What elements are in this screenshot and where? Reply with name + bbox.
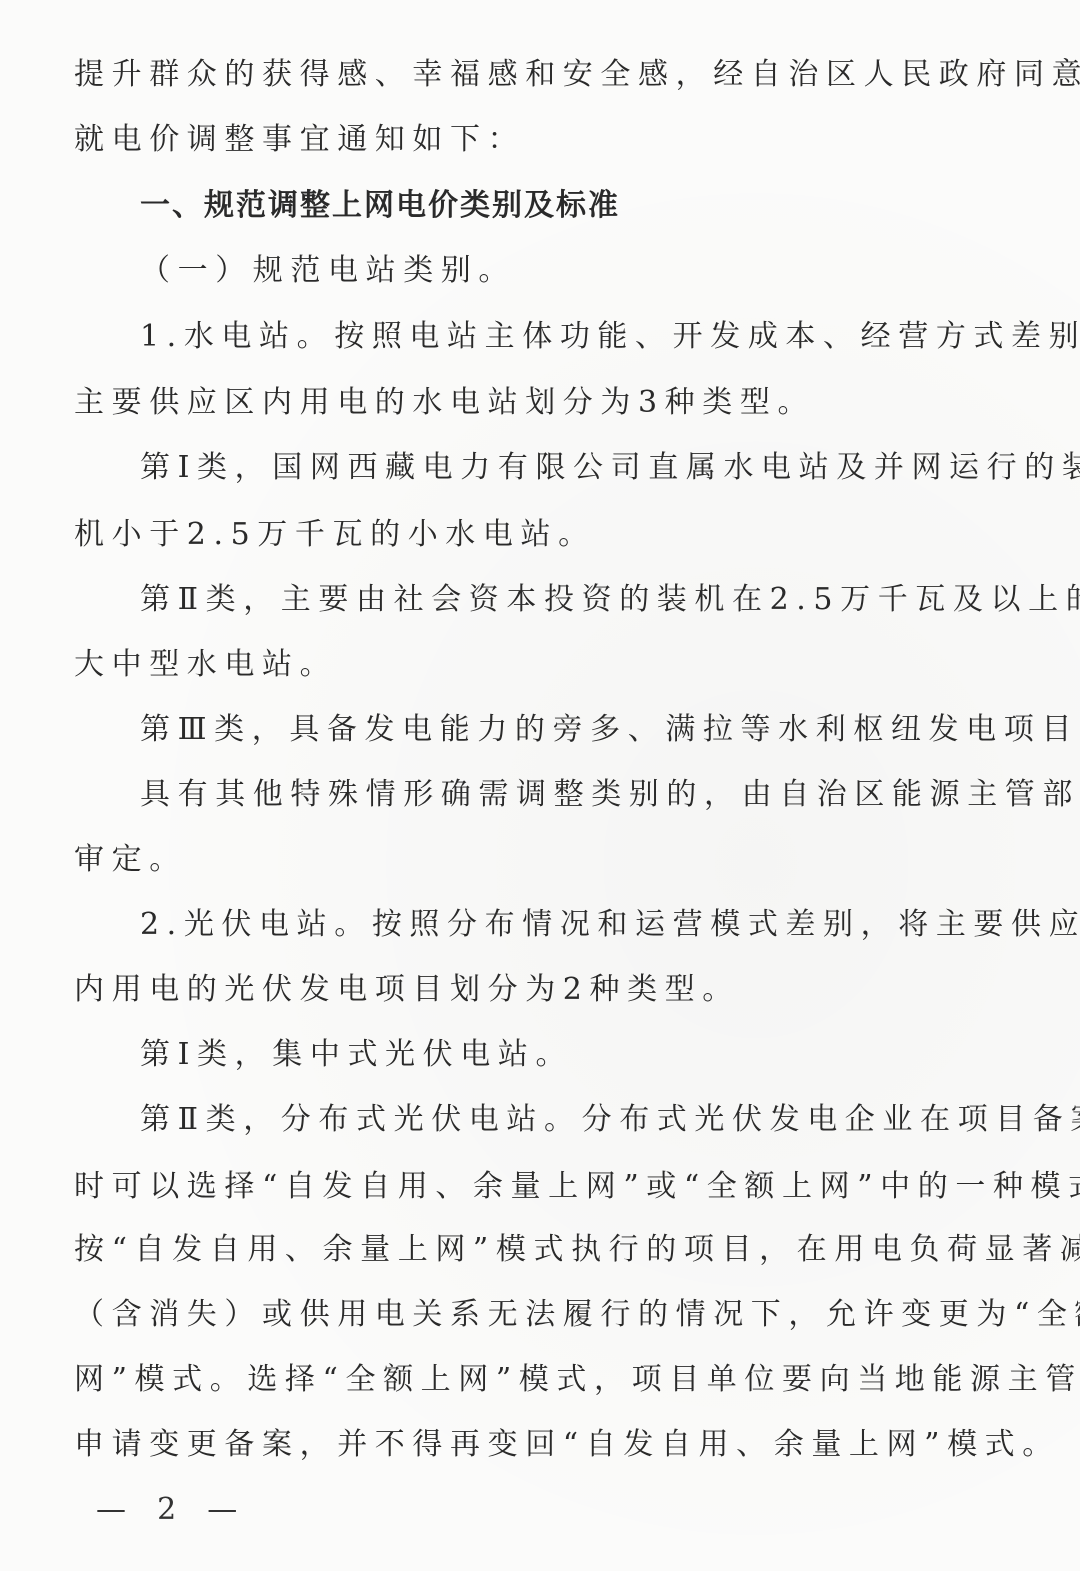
text-line: 第Ⅰ类，国网西藏电力有限公司直属水电站及并网运行的装 [140,443,1040,493]
text-line: 1.水电站。按照电站主体功能、开发成本、经营方式差别，将 [140,312,1040,362]
text-line: 就电价调整事宜通知如下： [74,115,1040,165]
text-line: （一）规范电站类别。 [140,246,1040,296]
text-line: 网”模式。选择“全额上网”模式，项目单位要向当地能源主管部门 [74,1355,1040,1405]
text-line: 具有其他特殊情形确需调整类别的，由自治区能源主管部门 [140,770,1040,820]
page-number: — 2 — [96,1490,241,1530]
text-line: 申请变更备案，并不得再变回“自发自用、余量上网”模式。 [74,1420,1040,1470]
text-line: 审定。 [74,835,1040,885]
text-line: 按“自发自用、余量上网”模式执行的项目，在用电负荷显著减少 [74,1225,1040,1275]
text-line: 机小于2.5万千瓦的小水电站。 [74,510,1040,560]
text-line: 主要供应区内用电的水电站划分为3种类型。 [74,378,1040,428]
text-line: 时可以选择“自发自用、余量上网”或“全额上网”中的一种模式；已 [74,1162,1040,1212]
document-page: 提升群众的获得感、幸福感和安全感，经自治区人民政府同意，现就电价调整事宜通知如下… [0,0,1080,1571]
text-line: 第Ⅱ类，主要由社会资本投资的装机在2.5万千瓦及以上的 [140,575,1040,625]
text-line: （含消失）或供用电关系无法履行的情况下，允许变更为“全额上 [74,1290,1040,1340]
text-line: 第Ⅱ类，分布式光伏电站。分布式光伏发电企业在项目备案 [140,1095,1040,1145]
text-line: 第Ⅰ类，集中式光伏电站。 [140,1030,1040,1080]
text-line: 大中型水电站。 [74,640,1040,690]
text-line: 2.光伏电站。按照分布情况和运营模式差别，将主要供应区 [140,900,1040,950]
section-heading: 一、规范调整上网电价类别及标准 [140,181,1040,231]
text-line: 内用电的光伏发电项目划分为2种类型。 [74,965,1040,1015]
text-line: 提升群众的获得感、幸福感和安全感，经自治区人民政府同意，现 [74,50,1040,100]
text-line: 第Ⅲ类，具备发电能力的旁多、满拉等水利枢纽发电项目。 [140,705,1040,755]
